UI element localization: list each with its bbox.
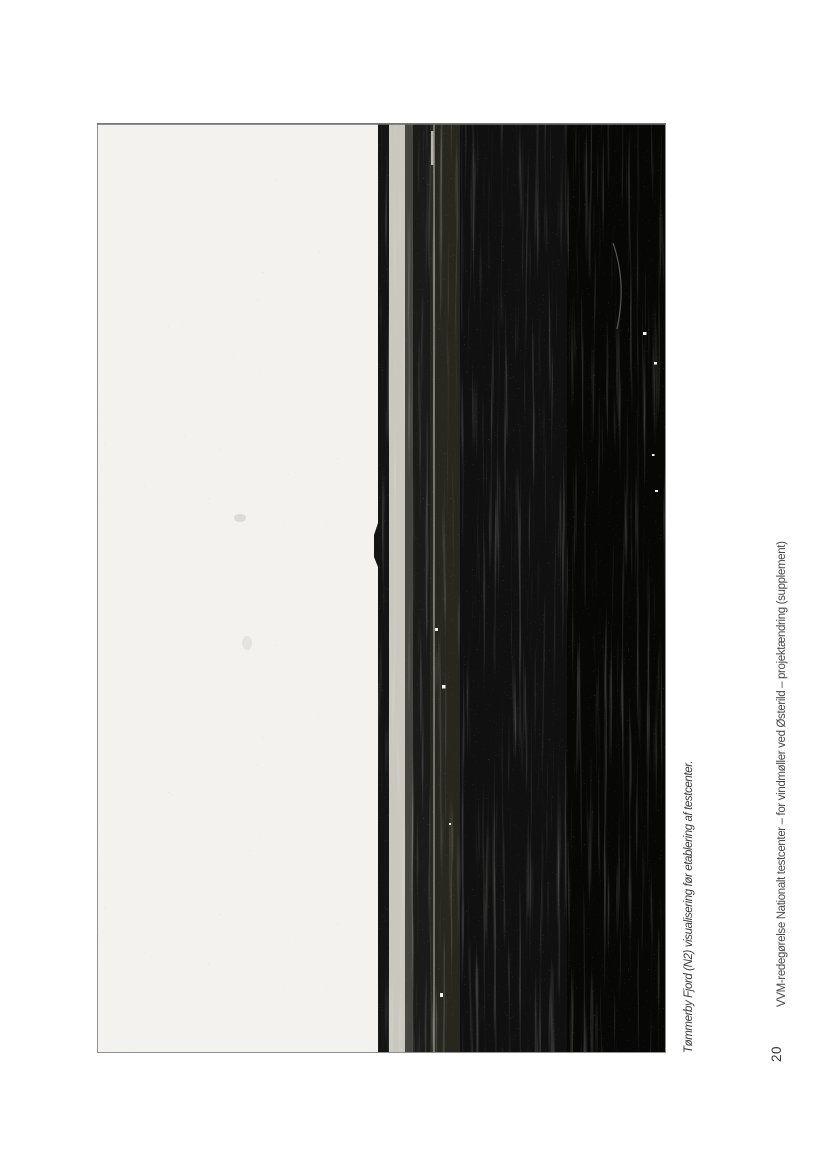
- figure-caption: Tømmerby Fjord (N2) visualisering før et…: [683, 761, 695, 1053]
- footer-text: VVM-redegørelse Nationalt testcenter – f…: [776, 541, 788, 1007]
- photo-grain-texture: [378, 123, 666, 1053]
- photo-sky-speckle: [97, 123, 378, 1053]
- page-number: 20: [769, 1046, 784, 1062]
- figure-photo: [97, 123, 666, 1053]
- page-background: Tømmerby Fjord (N2) visualisering før et…: [0, 0, 832, 1169]
